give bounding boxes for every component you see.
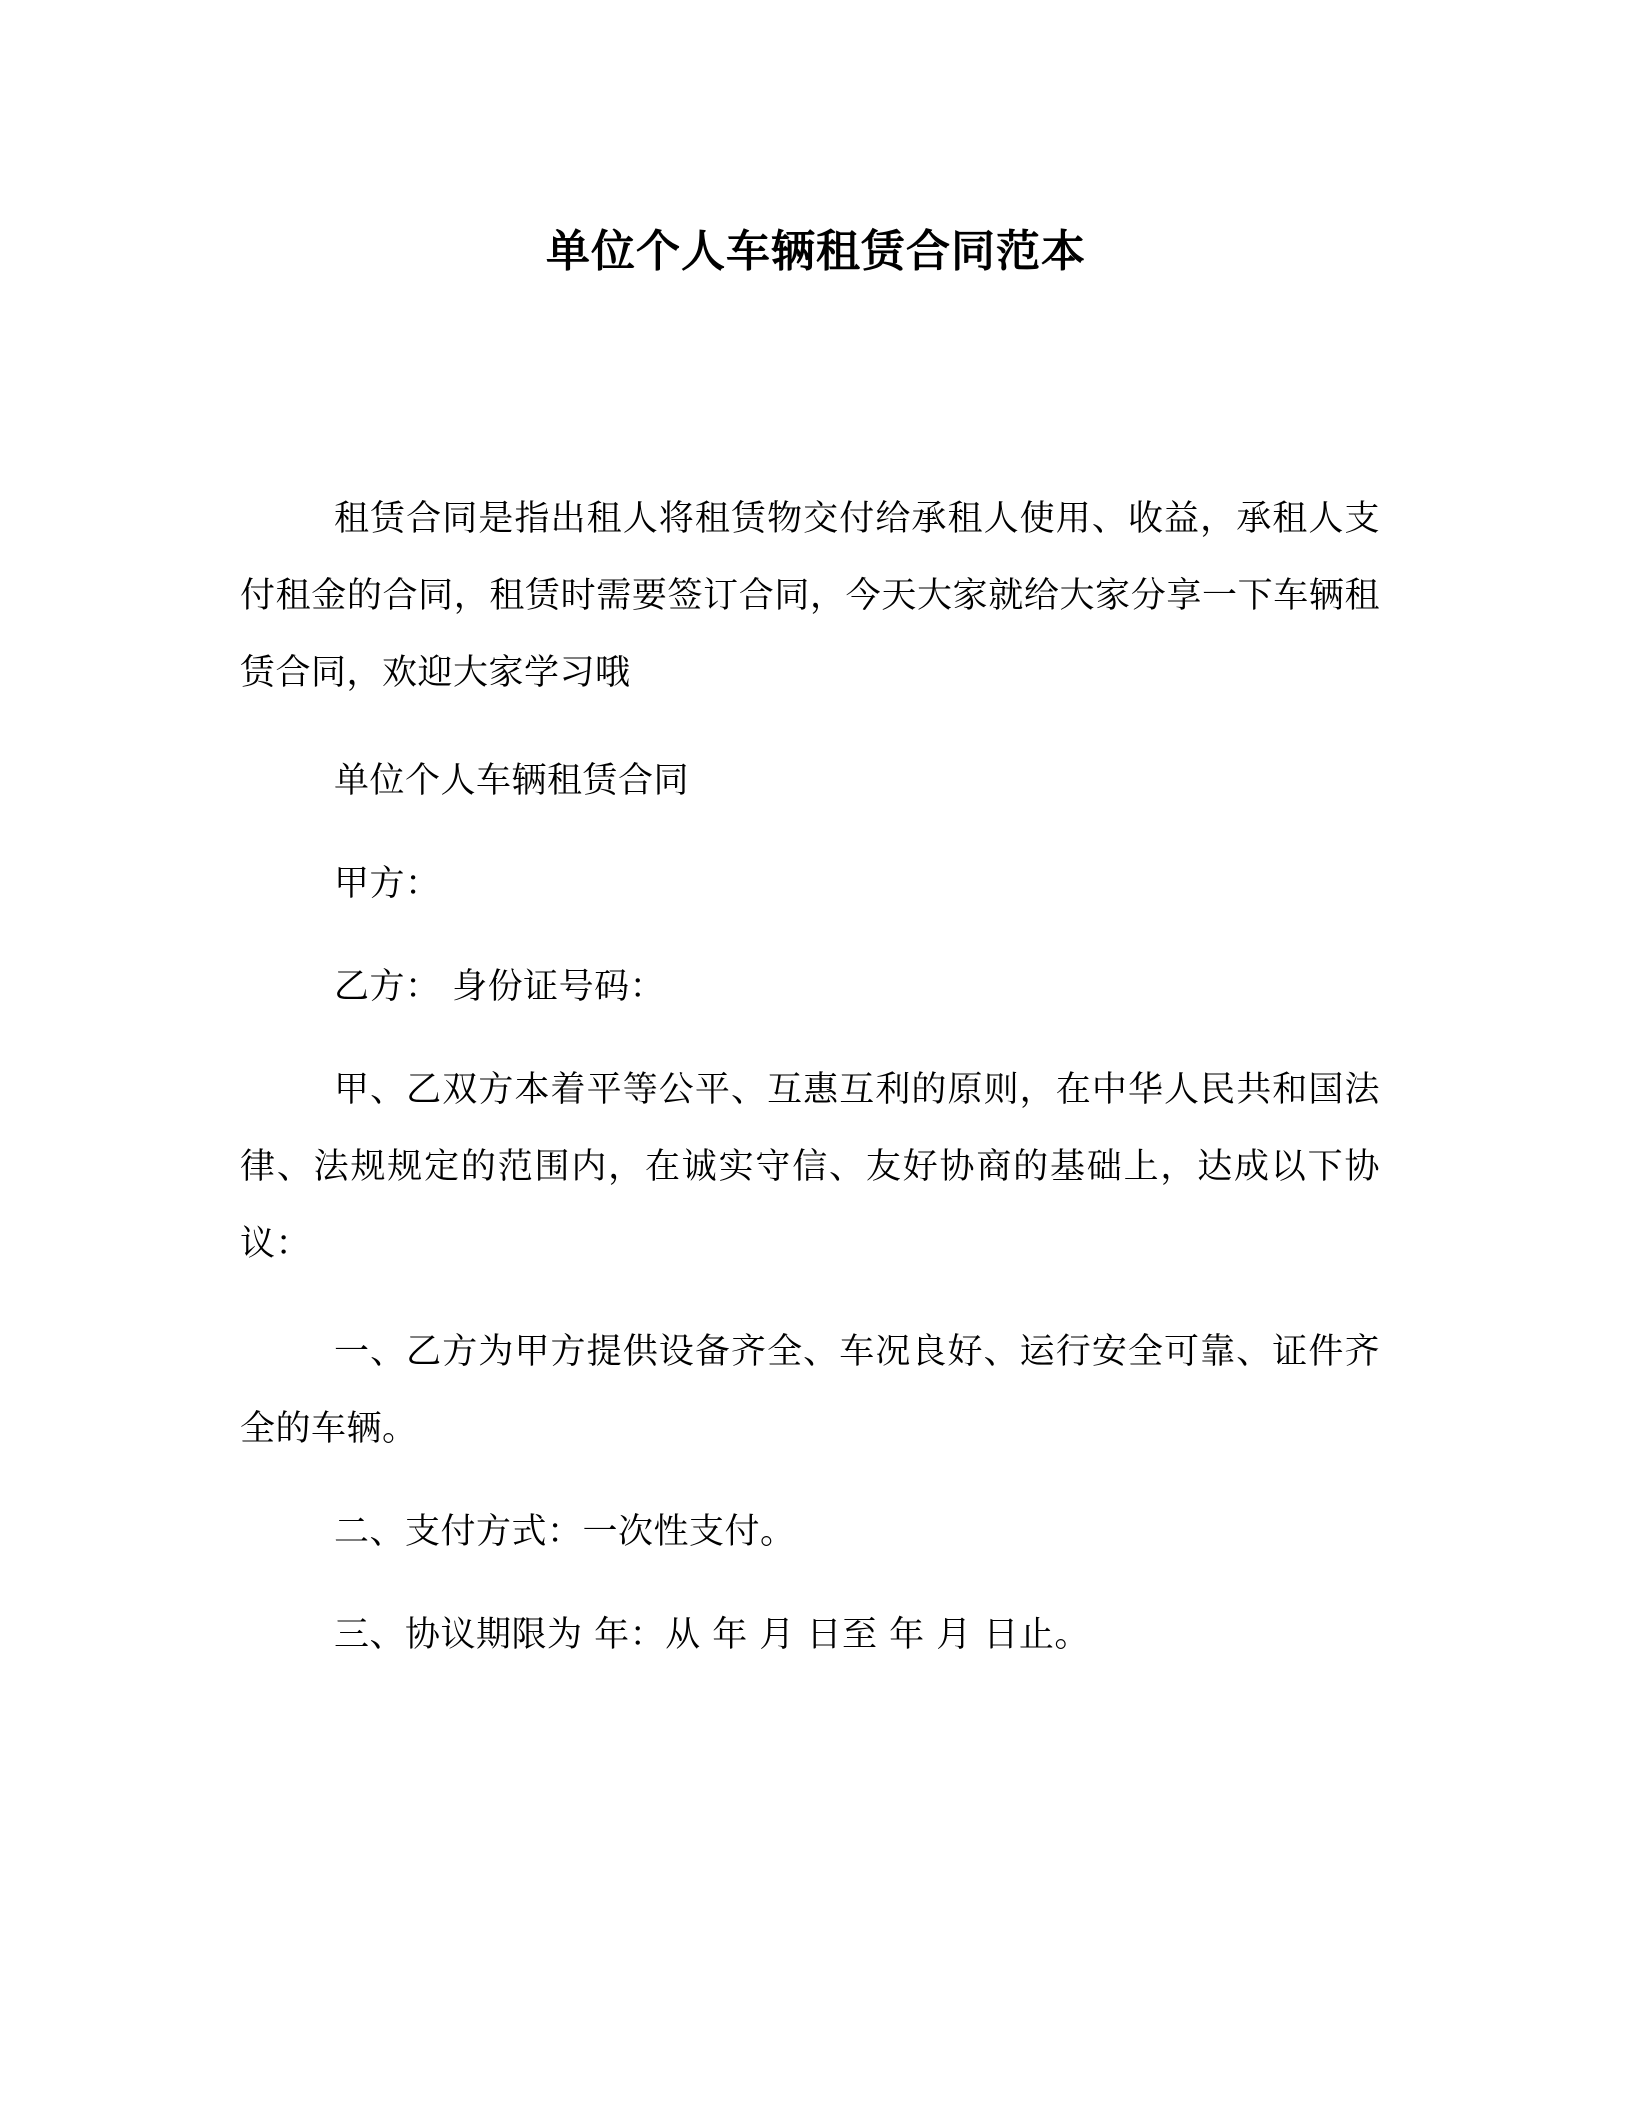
intro-paragraph: 租赁合同是指出租人将租赁物交付给承租人使用、收益，承租人支付租金的合同，租赁时需… [240, 481, 1380, 712]
document-title: 单位个人车辆租赁合同范本 [0, 222, 1632, 282]
clause-2-paragraph: 二、支付方式：一次性支付。 [240, 1494, 1380, 1571]
clause-1-paragraph: 一、乙方为甲方提供设备齐全、车况良好、运行安全可靠、证件齐全的车辆。 [240, 1314, 1380, 1468]
party-a-line: 甲方： [240, 846, 1380, 923]
party-b-line: 乙方： 身份证号码： [240, 949, 1380, 1026]
document-page: 单位个人车辆租赁合同范本 租赁合同是指出租人将租赁物交付给承租人使用、收益，承租… [0, 0, 1632, 2112]
clause-3-paragraph: 三、协议期限为 年：从 年 月 日至 年 月 日止。 [240, 1597, 1380, 1674]
contract-heading: 单位个人车辆租赁合同 [240, 743, 1380, 820]
preamble-paragraph: 甲、乙双方本着平等公平、互惠互利的原则，在中华人民共和国法律、法规规定的范围内，… [240, 1052, 1380, 1283]
